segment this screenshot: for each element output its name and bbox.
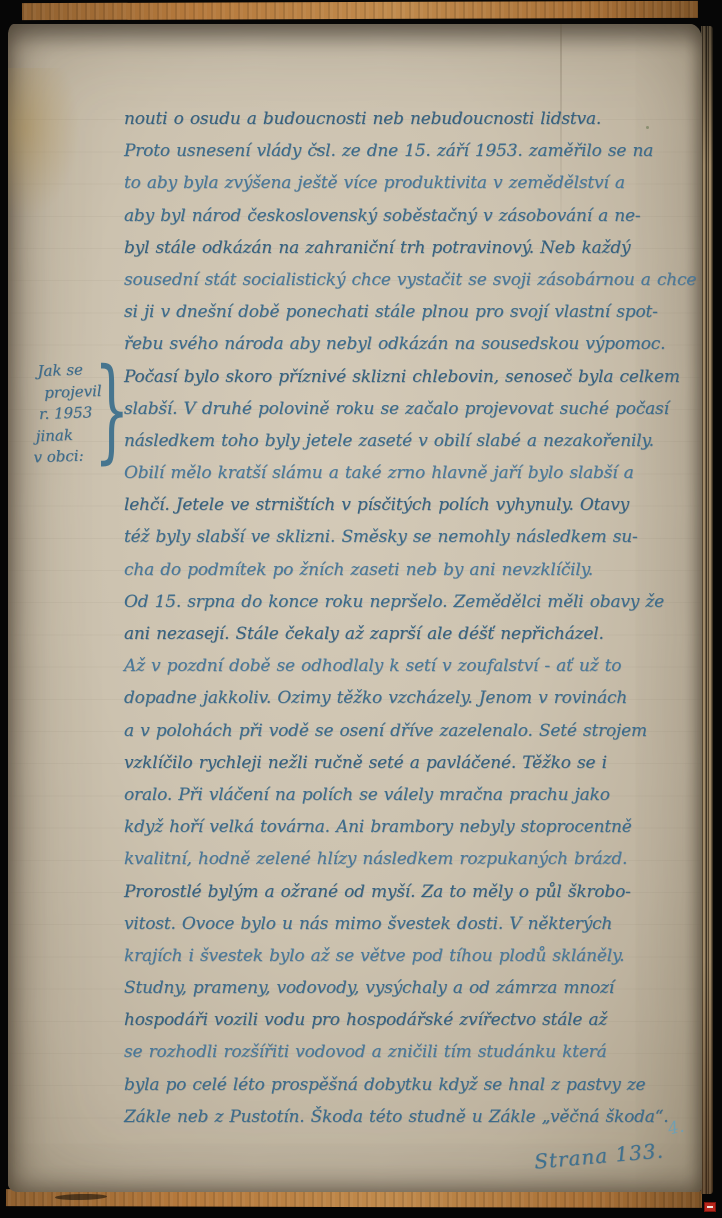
text-line: Až v pozdní době se odhodlaly k setí v z…: [124, 650, 702, 682]
text-line: byl stále odkázán na zahraniční trh potr…: [124, 232, 702, 264]
text-line: kvalitní, hodně zelené hlízy následkem r…: [124, 843, 702, 875]
page-number: Strana 133.: [533, 1138, 665, 1173]
text-line: Prorostlé bylým a ožrané od myší. Za to …: [124, 876, 702, 908]
body-text: nouti o osudu a budoucnosti neb nebudouc…: [124, 103, 702, 1133]
text-line: následkem toho byly jetele zaseté v obil…: [124, 425, 702, 457]
text-line: Zákle neb z Pustotín. Škoda této studně …: [124, 1101, 702, 1133]
paper-stain: [8, 68, 80, 218]
text-line: když hoří velká továrna. Ani brambory ne…: [124, 811, 702, 843]
text-line: krajích i švestek bylo až se větve pod t…: [124, 940, 702, 972]
text-line: dopadne jakkoliv. Ozimy těžko vzcházely.…: [124, 682, 702, 714]
text-line: Od 15. srpna do konce roku nepršelo. Zem…: [124, 586, 702, 618]
scanned-photo-frame: Jak se projevil r. 1953 jinak v obci: } …: [0, 0, 722, 1218]
page-stack-edge: [701, 26, 713, 1194]
text-line: řebu svého národa aby nebyl odkázán na s…: [124, 328, 702, 360]
text-line: vzklíčilo rychleji nežli ručně seté a pa…: [124, 747, 702, 779]
text-line: Počasí bylo skoro příznivé sklizni chleb…: [124, 361, 702, 393]
text-line: Obilí mělo kratší slámu a také zrno hlav…: [124, 457, 702, 489]
text-line: slabší. V druhé polovině roku se začalo …: [124, 393, 702, 425]
text-line: Proto usnesení vlády čsl. ze dne 15. zář…: [124, 135, 702, 167]
text-line: Studny, prameny, vodovody, vysýchaly a o…: [124, 972, 702, 1004]
text-line: to aby byla zvýšena ještě více produktiv…: [124, 167, 702, 199]
text-line: oralo. Při vláčení na polích se válely m…: [124, 779, 702, 811]
red-marker-icon: [704, 1202, 716, 1212]
text-line: a v polohách při vodě se osení dříve zaz…: [124, 715, 702, 747]
text-line: vitost. Ovoce bylo u nás mimo švestek do…: [124, 908, 702, 940]
text-line: ani nezasejí. Stále čekaly až zaprší ale…: [124, 618, 702, 650]
text-line: aby byl národ československý soběstačný …: [124, 200, 702, 232]
text-line: si ji v dnešní době ponechati stále plno…: [124, 296, 702, 328]
text-line: nouti o osudu a budoucnosti neb nebudouc…: [124, 103, 702, 135]
text-line: byla po celé léto prospěšná dobytku když…: [124, 1069, 702, 1101]
text-line: též byly slabší ve sklizni. Směsky se ne…: [124, 521, 702, 553]
text-line: lehčí. Jetele ve strništích v písčitých …: [124, 489, 702, 521]
text-line: cha do podmítek po žních zaseti neb by a…: [124, 554, 702, 586]
text-line: sousední stát socialistický chce vystači…: [124, 264, 702, 296]
text-line: se rozhodli rozšířiti vodovod a zničili …: [124, 1036, 702, 1068]
table-edge-top: [22, 1, 698, 20]
notebook-page: Jak se projevil r. 1953 jinak v obci: } …: [8, 24, 702, 1192]
text-line: hospodáři vozili vodu pro hospodářské zv…: [124, 1004, 702, 1036]
